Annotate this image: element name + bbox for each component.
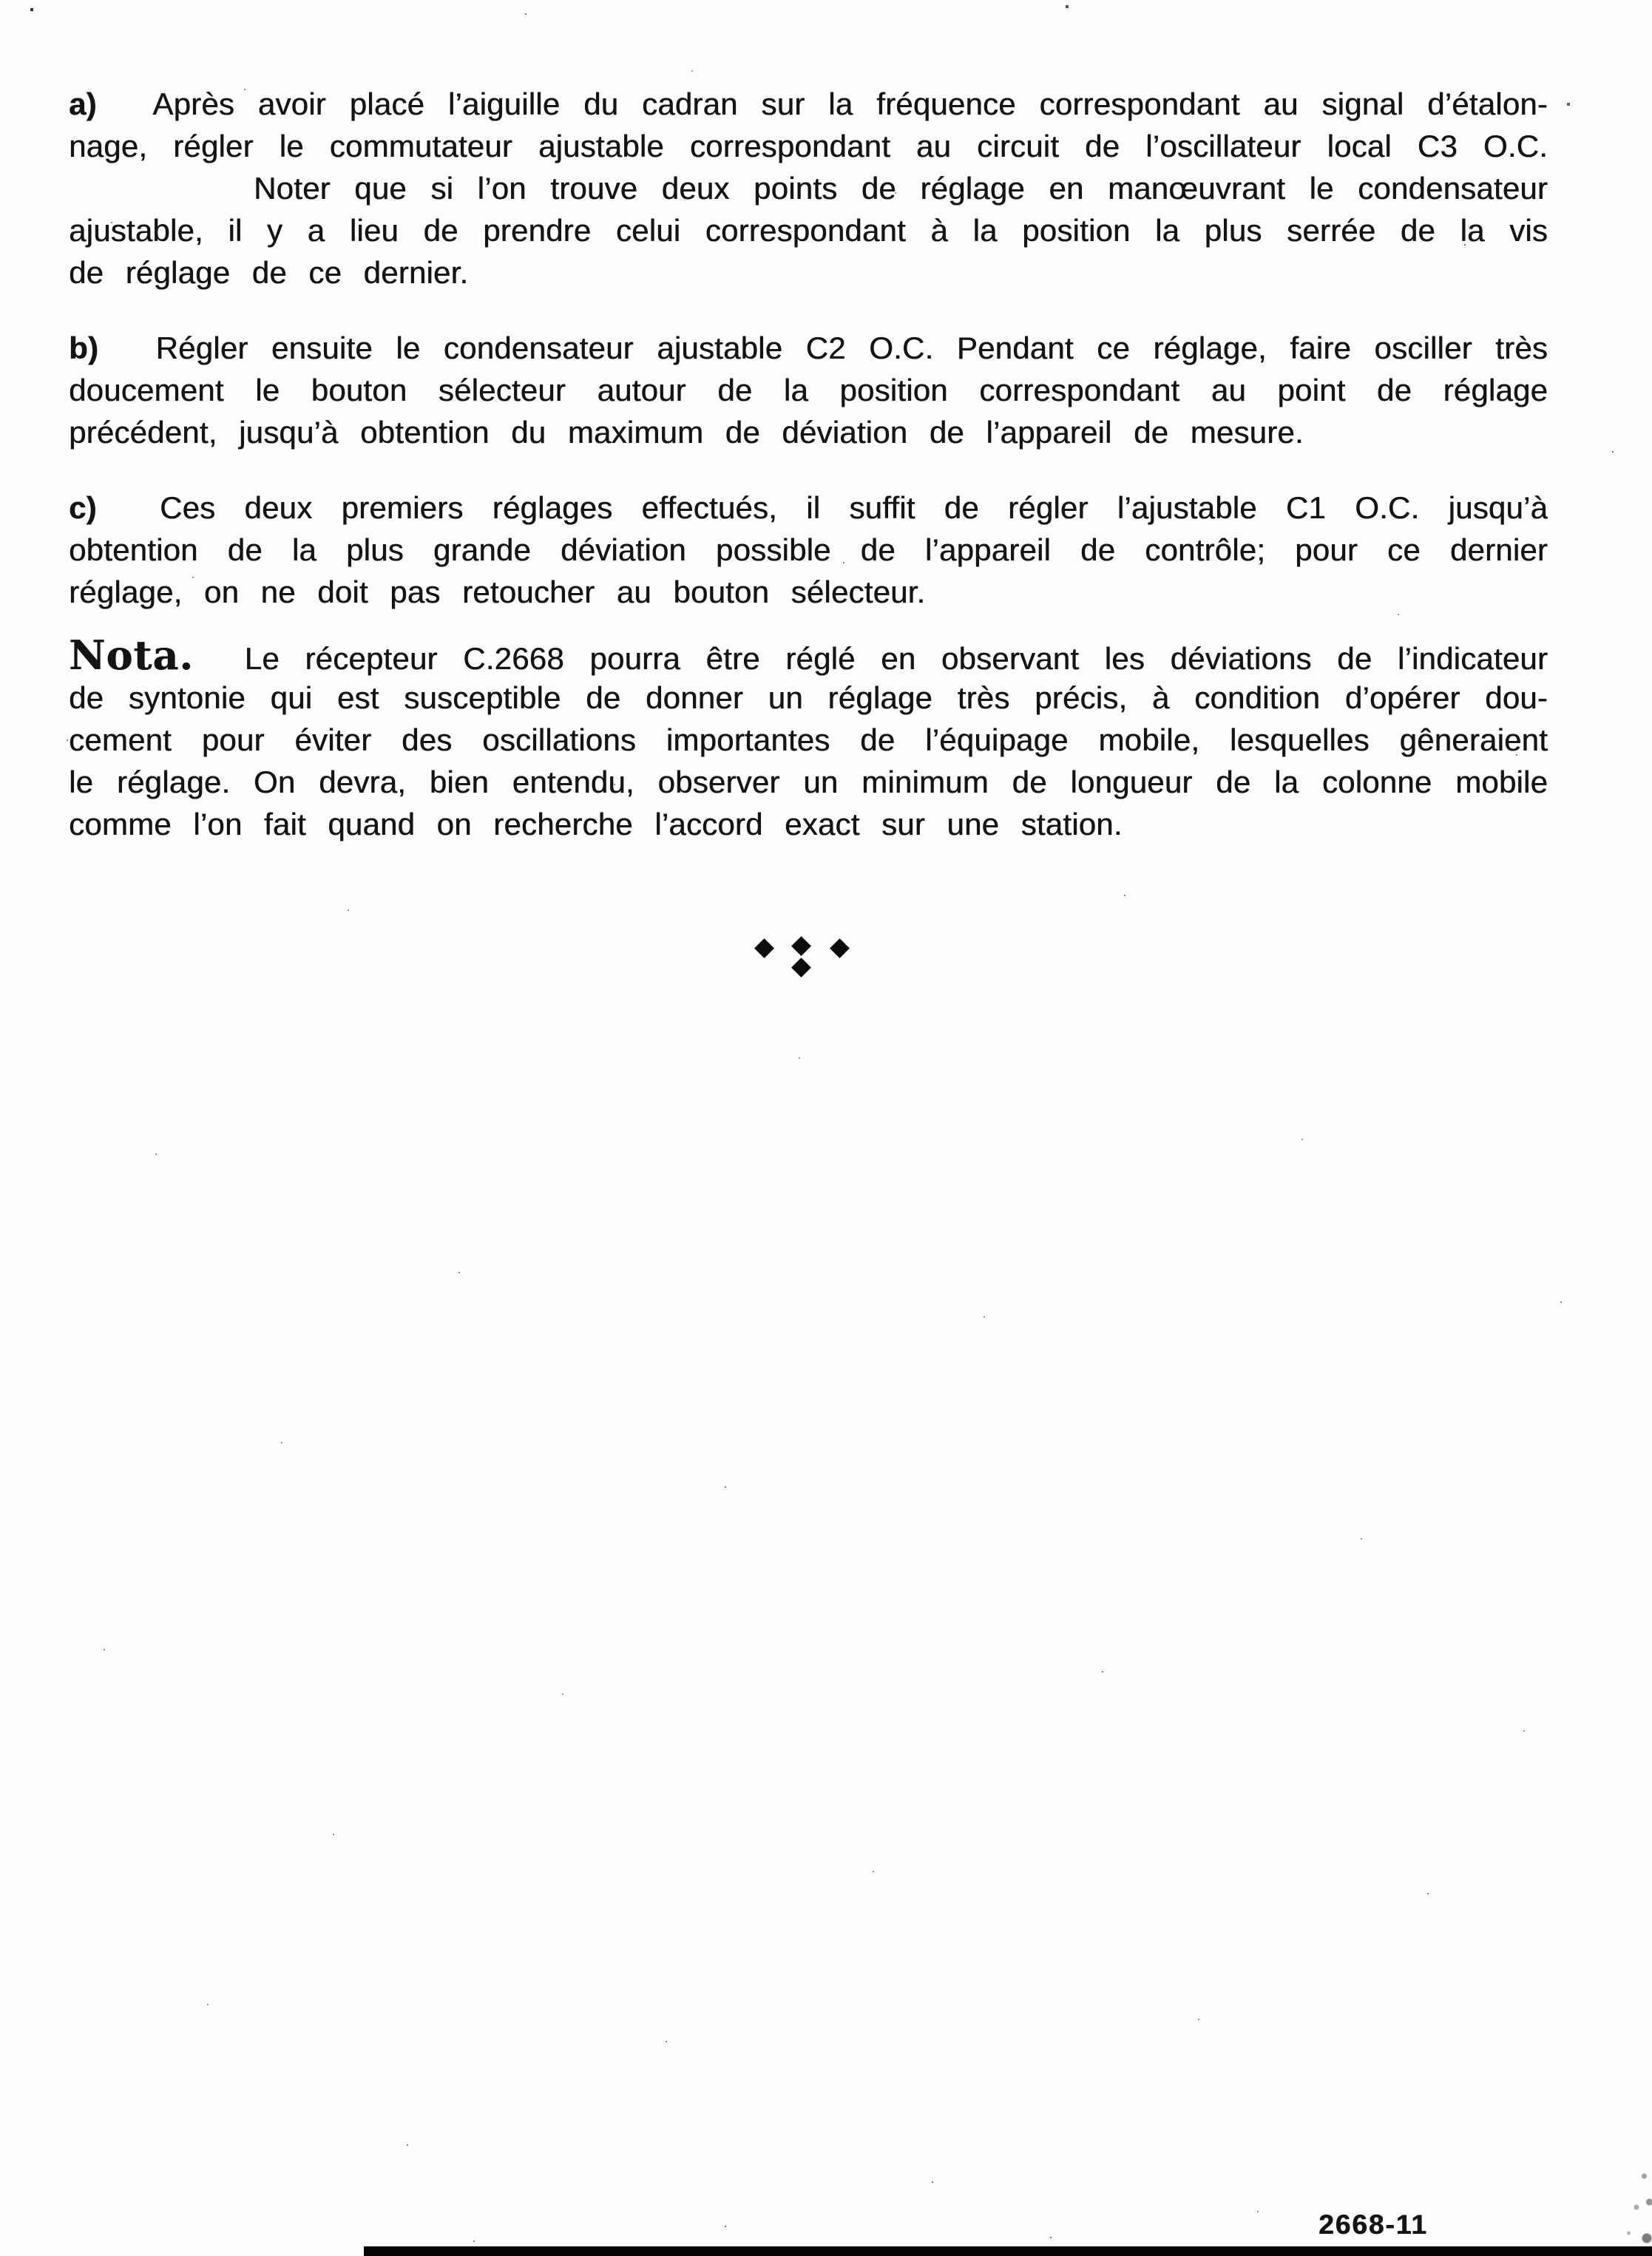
text-line: ajustable, il y a lieu de prendre celui … bbox=[69, 209, 1548, 251]
document-page: a) Après avoir placé l’aiguille du cadra… bbox=[0, 0, 1652, 2256]
page-number: 2668-11 bbox=[1318, 2209, 1428, 2240]
text-line: a) Après avoir placé l’aiguille du cadra… bbox=[69, 83, 1548, 125]
diamond-icon bbox=[791, 936, 811, 956]
line-text: obtention de la plus grande déviation po… bbox=[69, 532, 1548, 567]
line-text: réglage, on ne doit pas retoucher au bou… bbox=[69, 575, 925, 609]
diamond-icon bbox=[754, 938, 774, 958]
paragraph-b-label: b) bbox=[69, 331, 98, 365]
line-text: le réglage. On devra, bien entendu, obse… bbox=[69, 765, 1548, 799]
text-line: de syntonie qui est susceptible de donne… bbox=[69, 677, 1548, 719]
paragraph-b: b) Régler ensuite le condensateur ajusta… bbox=[69, 327, 1548, 453]
scan-bottom-bar bbox=[364, 2246, 1652, 2256]
paragraph-a-label: a) bbox=[69, 87, 97, 121]
line-text: Le récepteur C.2668 pourra être réglé en… bbox=[245, 641, 1548, 676]
line-text: Après avoir placé l’aiguille du cadran s… bbox=[152, 87, 1548, 121]
text-line: Noter que si l’on trouve deux points de … bbox=[69, 167, 1548, 209]
text-line: nage, régler le commutateur ajustable co… bbox=[69, 125, 1548, 167]
text-line: b) Régler ensuite le condensateur ajusta… bbox=[69, 327, 1548, 369]
scan-corner-noise bbox=[1600, 2145, 1652, 2249]
paragraph-a: a) Après avoir placé l’aiguille du cadra… bbox=[69, 83, 1548, 294]
text-line: le réglage. On devra, bien entendu, obse… bbox=[69, 761, 1548, 803]
paragraph-nota: Nota. Le récepteur C.2668 pourra être ré… bbox=[69, 634, 1548, 845]
text-line: doucement le bouton sélecteur autour de … bbox=[69, 369, 1548, 411]
text-line: cement pour éviter des oscillations impo… bbox=[69, 719, 1548, 761]
text-line: Nota. Le récepteur C.2668 pourra être ré… bbox=[69, 634, 1548, 677]
diamond-icon bbox=[830, 938, 850, 958]
text-line: réglage, on ne doit pas retoucher au bou… bbox=[69, 571, 1548, 613]
text-line: obtention de la plus grande déviation po… bbox=[69, 529, 1548, 571]
text-line: comme l’on fait quand on recherche l’acc… bbox=[69, 803, 1548, 845]
line-text: de syntonie qui est susceptible de donne… bbox=[69, 680, 1548, 715]
scan-noise bbox=[0, 0, 1, 1]
line-text: Ces deux premiers réglages effectués, il… bbox=[160, 490, 1548, 525]
line-text: Noter que si l’on trouve deux points de … bbox=[254, 171, 1548, 206]
nota-label: Nota. bbox=[69, 634, 194, 677]
line-text: cement pour éviter des oscillations impo… bbox=[69, 722, 1548, 757]
text-line: précédent, jusqu’à obtention du maximum … bbox=[69, 411, 1548, 453]
line-text: précédent, jusqu’à obtention du maximum … bbox=[69, 415, 1304, 450]
text-line: de réglage de ce dernier. bbox=[69, 251, 1548, 294]
paragraph-c: c) Ces deux premiers réglages effectués,… bbox=[69, 487, 1548, 613]
paragraph-c-label: c) bbox=[69, 490, 97, 525]
text-line: c) Ces deux premiers réglages effectués,… bbox=[69, 487, 1548, 529]
line-text: Régler ensuite le condensateur ajustable… bbox=[156, 331, 1548, 365]
line-text: nage, régler le commutateur ajustable co… bbox=[69, 129, 1548, 163]
line-text: ajustable, il y a lieu de prendre celui … bbox=[69, 213, 1548, 248]
line-text: comme l’on fait quand on recherche l’acc… bbox=[69, 807, 1123, 841]
diamond-icon bbox=[791, 958, 811, 978]
line-text: doucement le bouton sélecteur autour de … bbox=[69, 373, 1548, 407]
line-text: de réglage de ce dernier. bbox=[69, 255, 468, 290]
